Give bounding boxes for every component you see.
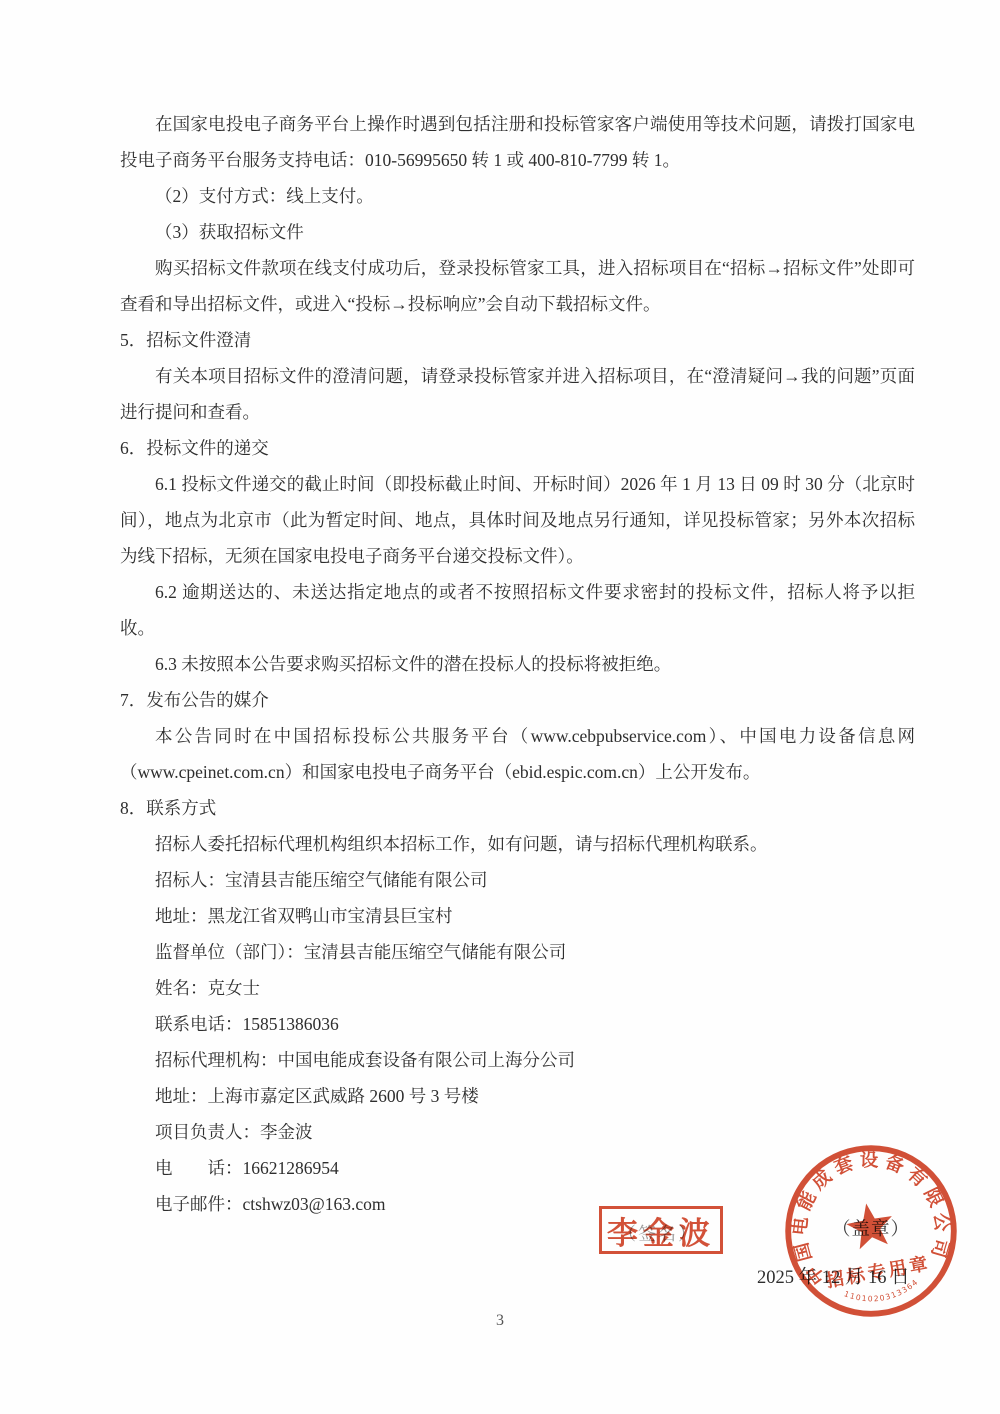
- line-supervisor-phone: 联系电话：15851386036: [120, 1006, 915, 1042]
- paragraph-6-1-deadline: 6.1 投标文件递交的截止时间（即投标截止时间、开标时间）2026 年 1 月 …: [120, 466, 915, 574]
- paragraph-clarification: 有关本项目招标文件的澄清问题，请登录投标管家并进入招标项目，在“澄清疑问→我的问…: [120, 358, 915, 430]
- signature-placeholder-label: （签名）: [618, 1220, 698, 1246]
- section-heading-6: 6．投标文件的递交: [120, 430, 915, 466]
- seal-number-text: 1101020313364: [841, 1276, 922, 1309]
- line-agency-name: 招标代理机构：中国电能成套设备有限公司上海分公司: [120, 1042, 915, 1078]
- section-heading-8: 8．联系方式: [120, 790, 915, 826]
- svg-text:1101020313364: 1101020313364: [841, 1276, 922, 1309]
- seal-type-text: 招标专用章: [823, 1252, 932, 1291]
- line-tenderer-name: 招标人：宝清县吉能压缩空气储能有限公司: [120, 862, 915, 898]
- paragraph-6-2-late-rejection: 6.2 逾期送达的、未送达指定地点的或者不按照招标文件要求密封的投标文件，招标人…: [120, 574, 915, 646]
- line-supervision-unit: 监督单位（部门）：宝清县吉能压缩空气储能有限公司: [120, 934, 915, 970]
- line-project-manager: 项目负责人：李金波: [120, 1114, 915, 1150]
- document-page: 在国家电投电子商务平台上操作时遇到包括注册和投标管家客户端使用等技术问题，请拨打…: [0, 0, 1000, 1414]
- paragraph-download-documents: 购买招标文件款项在线支付成功后，登录投标管家工具，进入招标项目在“招标→招标文件…: [120, 250, 915, 322]
- paragraph-announcement-media: 本公告同时在中国招标投标公共服务平台（www.cebpubservice.com…: [120, 718, 915, 790]
- line-tenderer-address: 地址：黑龙江省双鸭山市宝清县巨宝村: [120, 898, 915, 934]
- paragraph-payment-method: （2）支付方式：线上支付。: [120, 178, 915, 214]
- page-number: 3: [0, 1312, 1000, 1330]
- paragraph-platform-support: 在国家电投电子商务平台上操作时遇到包括注册和投标管家客户端使用等技术问题，请拨打…: [120, 106, 915, 178]
- section-heading-5: 5．招标文件澄清: [120, 322, 915, 358]
- document-date: 2025 年 12 月 16 日: [757, 1263, 910, 1289]
- line-supervisor-name: 姓名：克女士: [120, 970, 915, 1006]
- paragraph-6-3-rejection: 6.3 未按照本公告要求购买招标文件的潜在投标人的投标将被拒绝。: [120, 646, 915, 682]
- line-agency-address: 地址：上海市嘉定区武威路 2600 号 3 号楼: [120, 1078, 915, 1114]
- line-agency-email: 电子邮件：ctshwz03@163.com: [120, 1186, 915, 1222]
- paragraph-obtain-documents: （3）获取招标文件: [120, 214, 915, 250]
- section-heading-7: 7．发布公告的媒介: [120, 682, 915, 718]
- document-body: 在国家电投电子商务平台上操作时遇到包括注册和投标管家客户端使用等技术问题，请拨打…: [120, 106, 915, 1222]
- line-agency-phone: 电 话：16621286954: [120, 1150, 915, 1186]
- paragraph-contact-intro: 招标人委托招标代理机构组织本招标工作，如有问题，请与招标代理机构联系。: [120, 826, 915, 862]
